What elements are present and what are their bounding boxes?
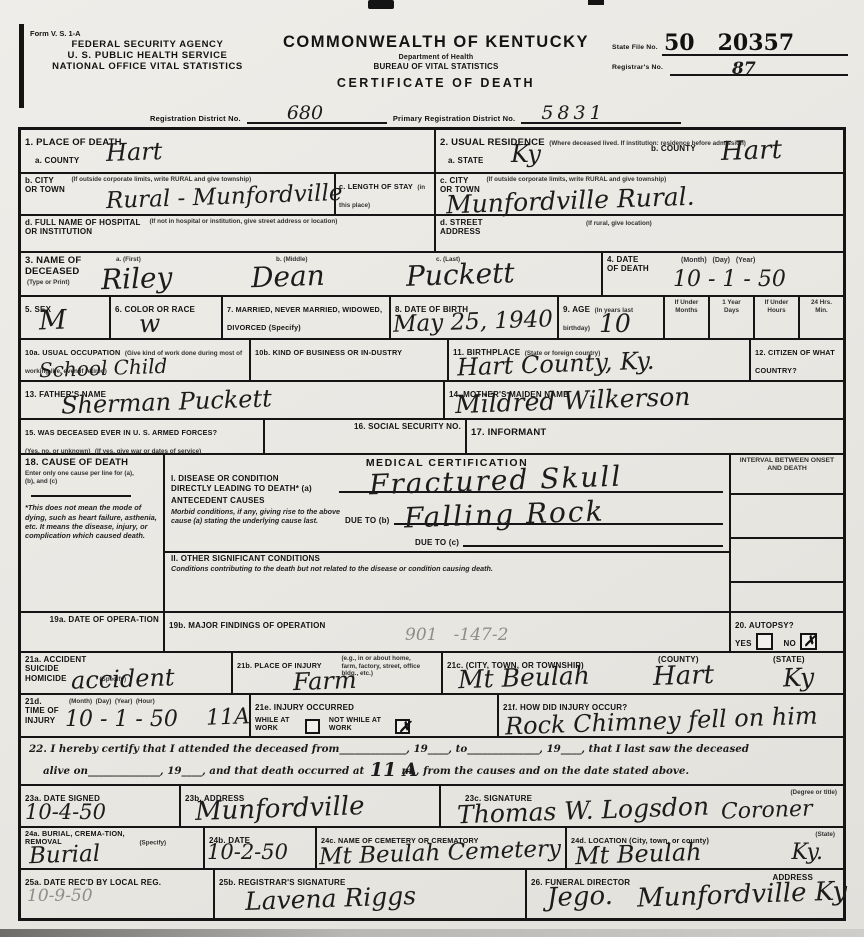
certify-time-value: 11 A [370, 761, 400, 780]
residence-state-value: Ky [511, 142, 541, 166]
field-signer-address: 23b. ADDRESS Munfordville [179, 786, 439, 826]
last-name-value: Puckett [406, 259, 516, 291]
name-title: 3. NAME OF DECEASED [25, 255, 97, 277]
age-min-top: 24 Hrs. [804, 299, 839, 307]
time-of-injury-cols: (Month) (Day) (Year) (Hour) [69, 698, 155, 706]
residence-county-value: Hart [721, 137, 783, 165]
field-injury-occurred: 21e. INJURY OCCURRED WHILE AT WORK NOT W… [249, 695, 497, 736]
other-conditions-note: Conditions contributing to the death but… [171, 564, 501, 573]
age-days-top: 1 Year [714, 299, 749, 307]
residence-city-value: Munfordville Rural. [446, 184, 695, 218]
cause-of-death-note1: Enter only one cause per line for (a), (… [25, 470, 135, 485]
reg-district-value: 680 [287, 104, 323, 123]
occupation-value: School Child [39, 356, 168, 380]
field-date-received: 25a. DATE REC'D BY LOCAL REG. 10-9-50 [21, 870, 213, 918]
field-citizen: 12. CITIZEN OF WHAT COUNTRY? [749, 340, 843, 380]
signature-note: (Degree or title) [790, 789, 837, 797]
field-marital-status: 7. MARRIED, NEVER MARRIED, WIDOWED, DIVO… [221, 297, 389, 338]
age-hours-label: Hours [759, 307, 794, 315]
hospital-label: d. FULL NAME OF HOSPITAL OR INSTITUTION [25, 218, 145, 237]
street-address-note: (If rural, give location) [586, 220, 652, 228]
field-date-of-operation: 19a. DATE OF OPERA-TION [21, 613, 163, 651]
signature-title-value: Coroner [721, 798, 813, 823]
registrar-signature-value: Lavena Riggs [245, 883, 417, 914]
burial-location-state-value: Ky. [791, 842, 823, 864]
time-of-injury-value: 10 - 1 - 50 [65, 709, 178, 731]
agency-line-2: U. S. PUBLIC HEALTH SERVICE [30, 50, 265, 61]
field-signature: 23c. SIGNATURE (Degree or title) Thomas … [439, 786, 843, 826]
primary-district-label: Primary Registration District No. [393, 115, 515, 124]
while-at-work-checkbox[interactable] [305, 719, 320, 734]
reg-district-label: Registration District No. [150, 115, 241, 124]
age-label: 9. AGE [563, 305, 590, 314]
not-while-at-work-label: NOT WHILE AT WORK [329, 717, 391, 734]
bureau-vital-statistics: BUREAU OF VITAL STATISTICS [268, 62, 604, 71]
residence-city-note: (If outside corporate limits, write RURA… [486, 176, 766, 184]
field-burial: 24a. BURIAL, CREMA-TION, REMOVAL (Specif… [21, 828, 203, 868]
due-to-c-label: DUE TO (c) [415, 538, 459, 547]
autopsy-label: 20. AUTOPSY? [735, 621, 794, 630]
certify-line-2-pre: alive on______________, 19____, and that… [43, 765, 364, 777]
armed-forces-label: 15. WAS DECEASED EVER IN U. S. ARMED FOR… [25, 428, 217, 437]
field-ssn: 16. SOCIAL SECURITY NO. [263, 420, 465, 453]
funeral-director-value: Jego. [547, 883, 614, 911]
sex-value: M [39, 307, 68, 335]
state-file-label: State File No. [612, 44, 658, 52]
age-months-label: Months [669, 307, 704, 315]
not-while-at-work-checkbox[interactable]: ✗ [395, 719, 410, 734]
commonwealth-title: COMMONWEALTH OF KENTUCKY [268, 33, 604, 52]
due-to-b-label: DUE TO (b) [345, 516, 390, 525]
field-burial-date: 24b. DATE 10-2-50 [203, 828, 315, 868]
certificate-body: 1. PLACE OF DEATH a. COUNTY Hart b. CITY… [18, 127, 846, 921]
field-age: 9. AGE (In years last birthday) 10 [557, 297, 663, 338]
section-usual-residence: 2. USUAL RESIDENCE (Where deceased lived… [434, 130, 843, 251]
field-color-race: 6. COLOR OR RACE w [109, 297, 221, 338]
field-age-days: 1 Year Days [708, 297, 753, 338]
autopsy-yes-label: YES [735, 639, 752, 648]
date-of-death-cols: (Month) (Day) (Year) [681, 257, 755, 265]
field-registrar-signature: 25b. REGISTRAR'S SIGNATURE Lavena Riggs [213, 870, 525, 918]
section-certify-statement: 22. I hereby certify that I attended the… [21, 738, 843, 784]
field-armed-forces: 15. WAS DECEASED EVER IN U. S. ARMED FOR… [21, 420, 263, 453]
age-months-top: If Under [669, 299, 704, 307]
other-conditions-title: II. OTHER SIGNIFICANT CONDITIONS [171, 554, 723, 563]
primary-district-value: 5831 [541, 104, 605, 123]
field-age-min: 24 Hrs. Min. [798, 297, 843, 338]
field-funeral-director: 26. FUNERAL DIRECTOR ADDRESS Jego. Munfo… [525, 870, 843, 918]
signature-value: Thomas W. Logsdon [457, 794, 710, 828]
burial-value: Burial [29, 843, 101, 868]
section-interval: INTERVAL BETWEEN ONSET AND DEATH [729, 455, 843, 611]
disease-label-2: DIRECTLY LEADING TO DEATH* (a) [171, 484, 339, 493]
disease-value: Fractured Skull [369, 463, 623, 500]
injury-state-value: Ky [783, 664, 815, 690]
agency-line-1: FEDERAL SECURITY AGENCY [30, 39, 265, 50]
section-name-of-deceased: 3. NAME OF DECEASED (Type or Print) a. (… [21, 253, 601, 295]
field-business: 10b. KIND OF BUSINESS OR IN-DUSTRY [249, 340, 447, 380]
field-sex: 5. SEX M [21, 297, 109, 338]
registrar-no-label: Registrar's No. [612, 64, 663, 72]
field-major-findings: 19b. MAJOR FINDINGS OF OPERATION 901 -14… [163, 613, 729, 651]
business-label: 10b. KIND OF BUSINESS OR IN-DUSTRY [255, 348, 402, 357]
date-signed-value: 10-4-50 [25, 802, 106, 823]
agency-line-3: NATIONAL OFFICE VITAL STATISTICS [30, 61, 265, 72]
street-address-label: d. STREET ADDRESS [440, 218, 500, 237]
date-received-value: 10-9-50 [27, 888, 93, 905]
field-date-of-birth: 8. DATE OF BIRTH May 25, 1940 [389, 297, 557, 338]
field-how-injury-occurred: 21f. HOW DID INJURY OCCUR? Rock Chimney … [497, 695, 843, 736]
cause-of-death-title: 18. CAUSE OF DEATH [25, 457, 159, 468]
county-of-death-value: Hart [106, 139, 163, 165]
hospital-note: (If not in hospital or institution, give… [149, 218, 399, 226]
date-of-death-label: 4. DATE OF DEATH [607, 255, 651, 274]
informant-label: 17. INFORMANT [471, 427, 546, 438]
field-age-months: If Under Months [663, 297, 708, 338]
residence-county-label: b. COUNTY [651, 144, 696, 153]
field-cemetery: 24c. NAME OF CEMETERY OR CREMATORY Mt Be… [315, 828, 565, 868]
section-date-of-death: 4. DATE OF DEATH (Month) (Day) (Year) 10… [601, 253, 843, 295]
age-hours-top: If Under [759, 299, 794, 307]
funeral-director-address-value: Munfordville Ky [637, 878, 848, 911]
cause-of-death-note2: *This does not mean the mode of dying, s… [25, 503, 159, 540]
burial-location-state-note: (State) [815, 831, 835, 839]
field-time-of-injury: 21d. TIME OF INJURY (Month) (Day) (Year)… [21, 695, 249, 736]
field-informant: 17. INFORMANT [465, 420, 843, 453]
scan-artifact-top-1 [368, 0, 394, 9]
first-name-value: Riley [101, 264, 173, 294]
while-at-work-label: WHILE AT WORK [255, 717, 301, 734]
autopsy-no-checkbox[interactable]: ✗ [800, 633, 817, 650]
armed-forces-note2: (If yes, give war or dates of service) [95, 448, 201, 455]
burial-note: (Specify) [139, 839, 166, 846]
major-findings-label: 19b. MAJOR FINDINGS OF OPERATION [169, 621, 326, 630]
birthplace-value: Hart County, Ky. [457, 349, 655, 380]
major-findings-value: 901 -147-2 [405, 627, 508, 644]
color-race-value: w [139, 311, 161, 337]
field-occupation: 10a. USUAL OCCUPATION (Give kind of work… [21, 340, 249, 380]
certificate-title: CERTIFICATE OF DEATH [268, 76, 604, 90]
injury-county-value: Hart [653, 662, 715, 690]
certify-line-1: 22. I hereby certify that I attended the… [29, 740, 835, 759]
place-of-injury-value: Farm [293, 668, 357, 694]
certify-line-2-post: m., from the causes and on the date stat… [401, 765, 689, 777]
marital-label: 7. MARRIED, NEVER MARRIED, WIDOWED, DIVO… [227, 305, 382, 332]
due-to-b-value: Falling Rock [403, 498, 604, 533]
autopsy-yes-checkbox[interactable] [756, 633, 773, 650]
autopsy-no-mark: ✗ [803, 632, 816, 650]
section-medical-certification: MEDICAL CERTIFICATION I. DISEASE OR COND… [163, 455, 729, 611]
age-min-label: Min. [804, 307, 839, 315]
disease-label-1: I. DISEASE OR CONDITION [171, 474, 339, 483]
antecedent-note: Morbid conditions, if any, giving rise t… [171, 507, 341, 525]
field-age-hours: If Under Hours [753, 297, 798, 338]
accident-value: accident [71, 665, 175, 693]
citizen-label: 12. CITIZEN OF WHAT COUNTRY? [755, 348, 835, 375]
length-of-stay-label: c. LENGTH OF STAY [339, 182, 413, 191]
section-cause-of-death: 18. CAUSE OF DEATH Enter only one cause … [21, 455, 163, 611]
field-injury-location: 21c. (CITY, TOWN, OR TOWNSHIP) (COUNTY) … [441, 653, 843, 693]
age-value: 10 [599, 311, 631, 336]
father-name-value: Sherman Puckett [61, 386, 273, 417]
field-burial-location: 24d. LOCATION (City, town, or county) (S… [565, 828, 843, 868]
scan-artifact-bottom [0, 929, 864, 937]
date-of-death-value: 10 - 1 - 50 [673, 269, 786, 291]
cemetery-value: Mt Beulah Cemetery [319, 838, 562, 869]
form-number: Form V. S. 1-A [30, 29, 81, 38]
burial-date-value: 10-2-50 [207, 842, 288, 863]
date-of-operation-label: 19a. DATE OF OPERA-TION [25, 615, 159, 624]
not-while-at-work-mark: ✗ [398, 718, 411, 736]
injury-occurred-label: 21e. INJURY OCCURRED [255, 703, 354, 712]
dept-of-health: Department of Health [268, 54, 604, 62]
date-of-birth-value: May 25, 1940 [393, 308, 554, 337]
ssn-label: 16. SOCIAL SECURITY NO. [354, 422, 461, 431]
field-place-of-injury: 21b. PLACE OF INJURY (e.g., in or about … [231, 653, 441, 693]
autopsy-no-label: NO [784, 639, 796, 648]
county-of-death-label: a. COUNTY [35, 156, 79, 165]
mother-name-value: Mildred Wilkerson [455, 384, 691, 417]
time-of-injury-label: 21d. TIME OF INJURY [25, 697, 63, 725]
field-father-name: 13. FATHER'S NAME Sherman Puckett [21, 382, 443, 418]
section-place-of-death: 1. PLACE OF DEATH a. COUNTY Hart b. CITY… [21, 130, 434, 251]
field-date-signed: 23a. DATE SIGNED 10-4-50 [21, 786, 179, 826]
middle-name-value: Dean [251, 262, 326, 293]
scan-artifact-left-bar [19, 24, 24, 108]
signer-address-value: Munfordville [195, 793, 365, 825]
armed-forces-note1: (Yes, no, or unknown) [25, 448, 90, 455]
field-birthplace: 11. BIRTHPLACE (State or foreign country… [447, 340, 749, 380]
city-of-death-value: Rural - Munfordville [106, 182, 343, 213]
interval-label: INTERVAL BETWEEN ONSET AND DEATH [735, 457, 839, 473]
scan-artifact-top-2 [588, 0, 604, 5]
time-of-injury-hour: 11A [206, 706, 251, 730]
residence-state-label: a. STATE [448, 156, 484, 165]
injury-city-value: Mt Beulah [458, 663, 591, 693]
name-title-note: (Type or Print) [27, 279, 70, 287]
field-autopsy: 20. AUTOPSY? YES NO ✗ [729, 613, 843, 651]
burial-location-value: Mt Beulah [575, 840, 702, 868]
field-mother-name: 14. MOTHER'S MAIDEN NAME Mildred Wilkers… [443, 382, 843, 418]
field-accident-suicide: 21a. ACCIDENT SUICIDE HOMICIDE (Specify)… [21, 653, 231, 693]
usual-residence-note: (Where deceased lived. If institution: r… [549, 140, 746, 147]
state-file-value: 50 20357 [664, 30, 794, 56]
city-of-death-label: b. CITY OR TOWN [25, 176, 67, 195]
age-days-label: Days [714, 307, 749, 315]
registrar-no-value: 87 [732, 61, 756, 78]
